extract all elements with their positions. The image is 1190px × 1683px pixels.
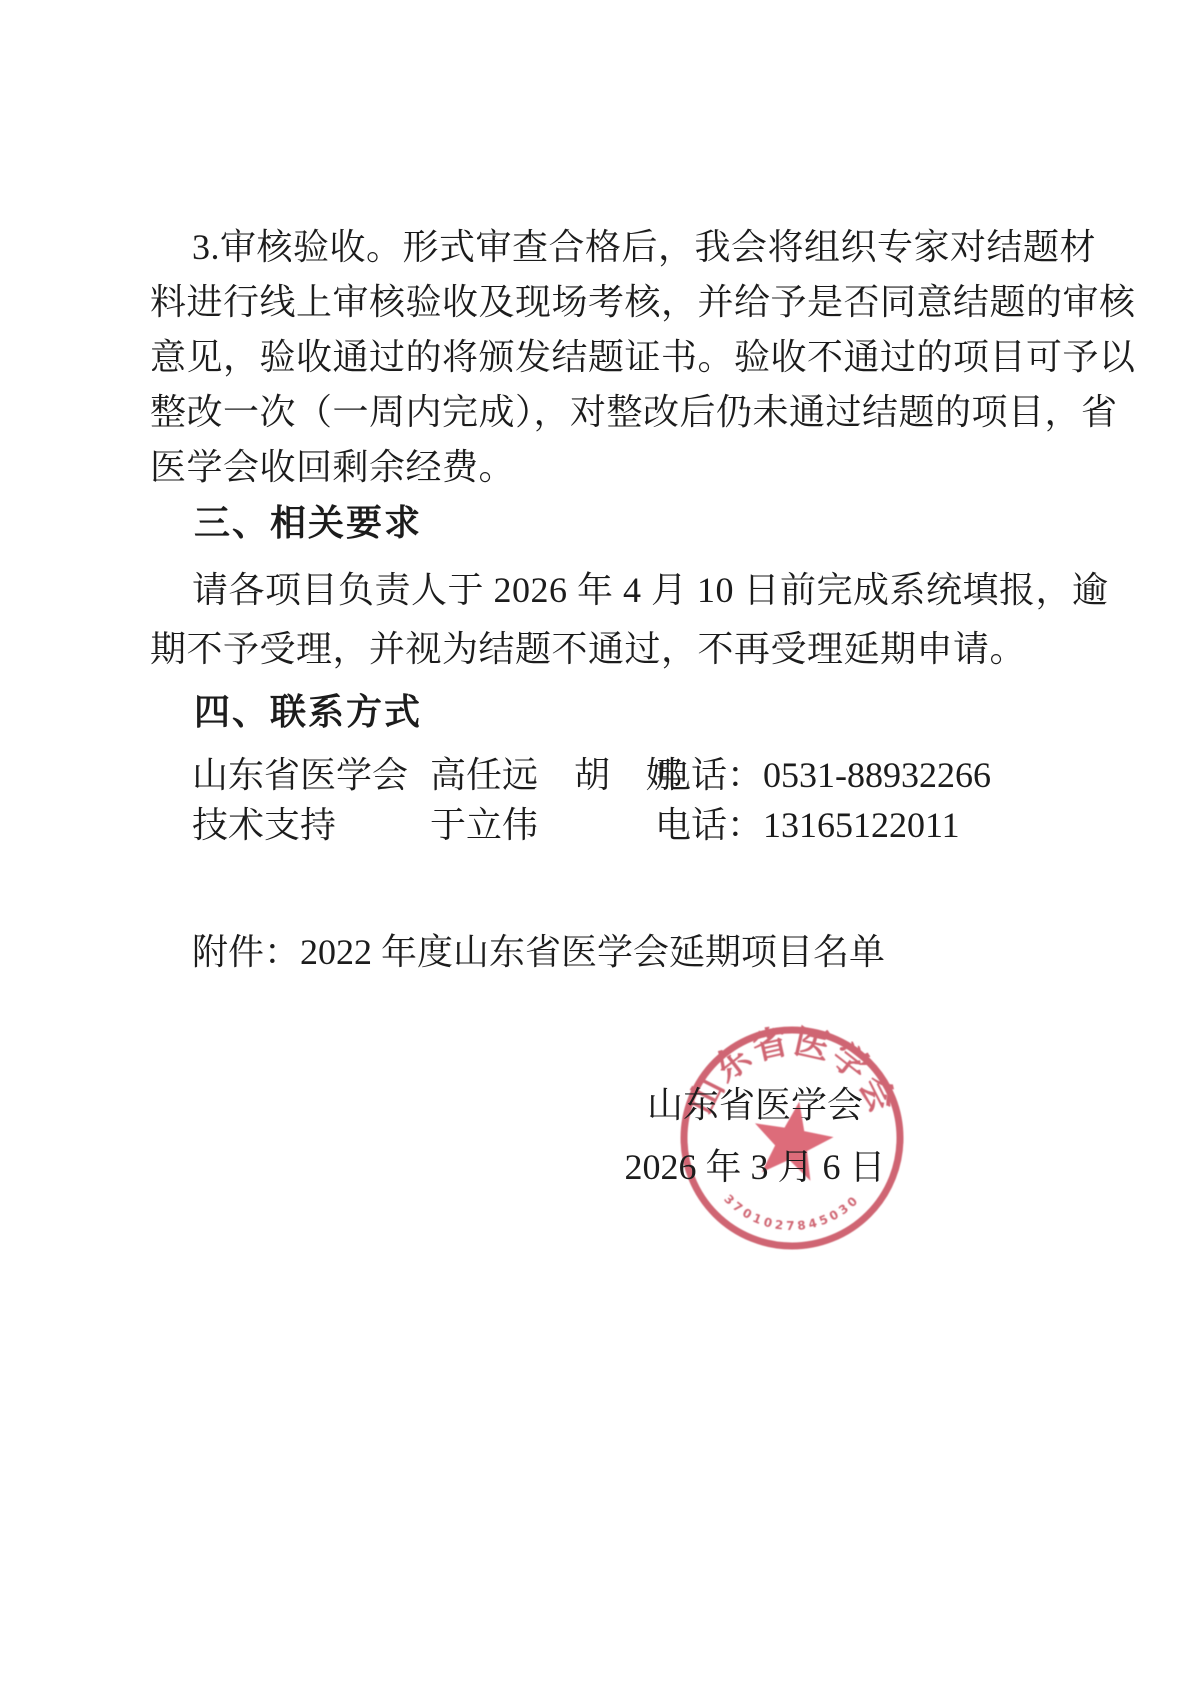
contact-block: 山东省医学会 高任远 胡 娜 电话：0531-88932266 技术支持 于立伟… [150, 750, 1050, 850]
contact-names: 高任远 胡 娜 [430, 750, 655, 800]
contact-phone: 电话：13165122011 [655, 800, 1050, 850]
signoff-org: 山东省医学会 [600, 1076, 910, 1134]
contact-row: 山东省医学会 高任远 胡 娜 电话：0531-88932266 [192, 750, 1050, 800]
section-heading-contact: 四、联系方式 [150, 684, 1050, 740]
contact-org: 山东省医学会 [192, 750, 430, 800]
contact-names: 于立伟 [430, 800, 655, 850]
signoff-block: 山东省医学会 2026 年 3 月 6 日 [600, 1076, 910, 1200]
paragraph-review: 3.审核验收。形式审查合格后，我会将组织专家对结题材 料进行线上审核验收及现场考… [150, 220, 1050, 495]
document-page: 3.审核验收。形式审查合格后，我会将组织专家对结题材 料进行线上审核验收及现场考… [0, 0, 1190, 1683]
attachment-line: 附件：2022 年度山东省医学会延期项目名单 [150, 924, 1050, 980]
signoff-date: 2026 年 3 月 6 日 [600, 1134, 910, 1200]
section-heading-requirements: 三、相关要求 [150, 495, 1050, 551]
contact-phone: 电话：0531-88932266 [655, 750, 1050, 800]
body-line: 请各项目负责人于 2026 年 4 月 10 日前完成系统填报，逾 [150, 561, 1050, 620]
body-line: 医学会收回剩余经费。 [150, 440, 1050, 495]
body-line: 料进行线上审核验收及现场考核，并给予是否同意结题的审核 [150, 275, 1050, 330]
body-line: 意见，验收通过的将颁发结题证书。验收不通过的项目可予以 [150, 330, 1050, 385]
body-line: 整改一次（一周内完成），对整改后仍未通过结题的项目，省 [150, 385, 1050, 440]
body-line: 期不予受理，并视为结题不通过，不再受理延期申请。 [150, 620, 1050, 679]
body-line: 3.审核验收。形式审查合格后，我会将组织专家对结题材 [150, 220, 1050, 275]
contact-row: 技术支持 于立伟 电话：13165122011 [192, 800, 1050, 850]
contact-org: 技术支持 [192, 800, 430, 850]
paragraph-requirements: 请各项目负责人于 2026 年 4 月 10 日前完成系统填报，逾 期不予受理，… [150, 561, 1050, 679]
